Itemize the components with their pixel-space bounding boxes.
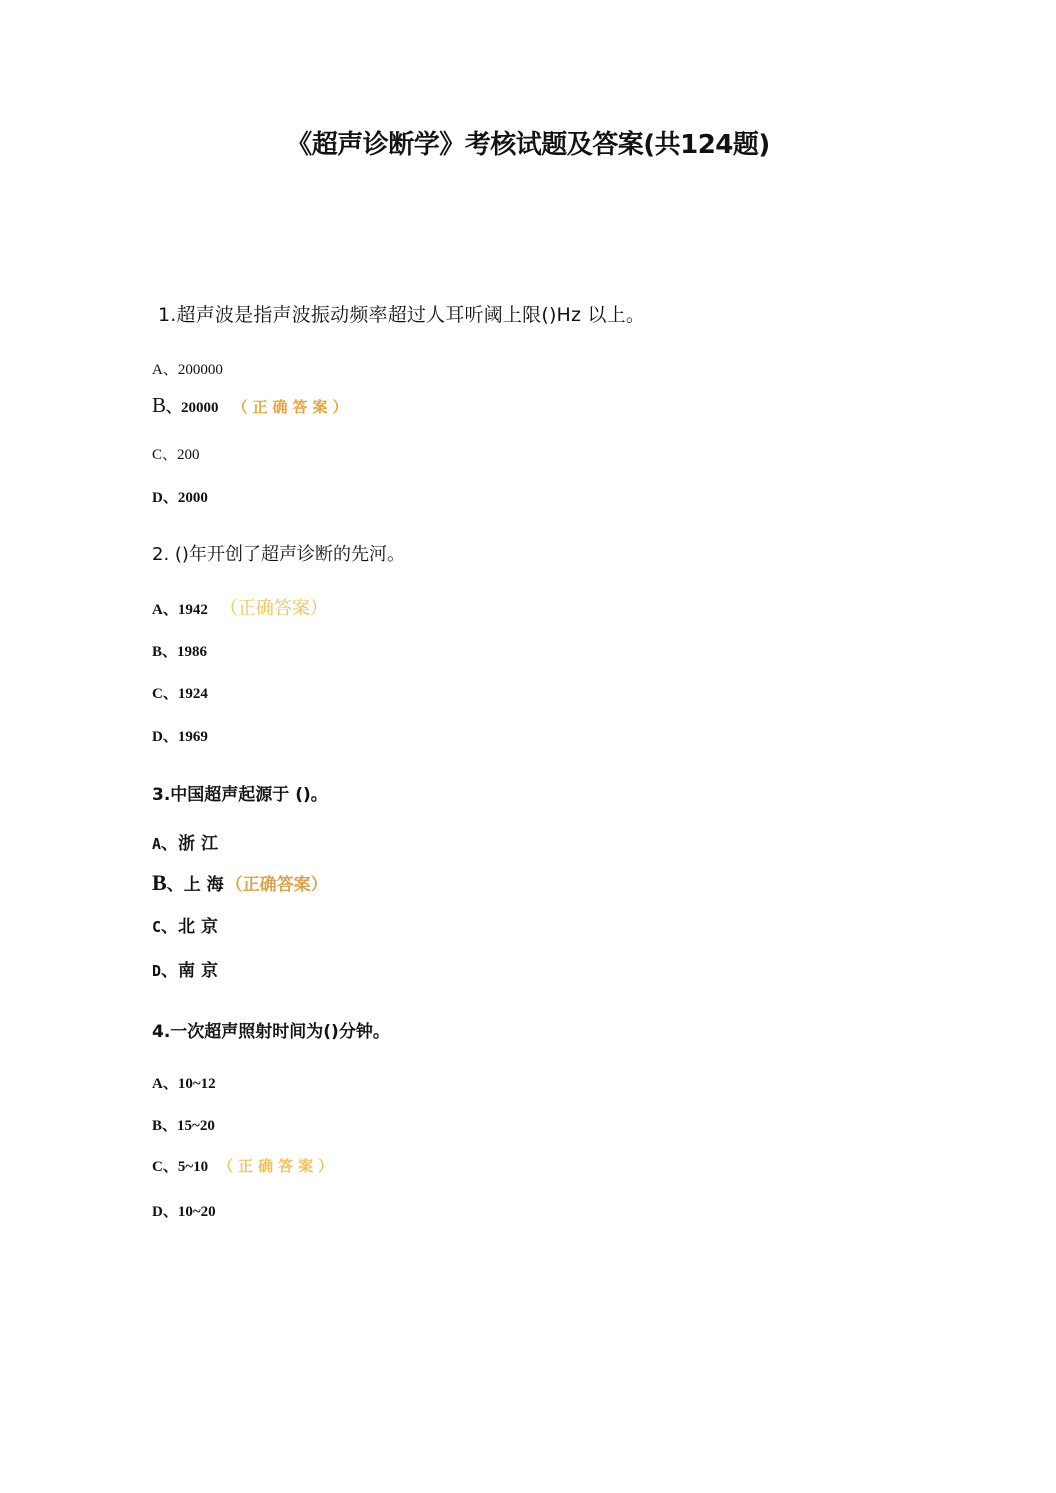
option-separator: 、 [163, 362, 178, 378]
option-letter: A [152, 362, 163, 378]
question-4-option-d: D、10~20 [152, 1200, 216, 1221]
option-letter: C [152, 918, 161, 936]
option-text: 北 京 [178, 917, 218, 937]
question-4-stem: 4.一次超声照射时间为()分钟。 [152, 1017, 390, 1042]
option-letter: B [152, 644, 162, 660]
option-text: 20000 [181, 400, 219, 416]
option-text: 2000 [178, 490, 208, 506]
option-letter: C [152, 447, 162, 463]
correct-answer-marker: （正确答案） [226, 875, 328, 895]
option-separator: 、 [163, 1159, 178, 1175]
question-1-option-b: B、20000（正确答案） [152, 393, 353, 418]
option-text: 200 [177, 447, 200, 463]
option-letter: C [152, 686, 163, 702]
correct-answer-marker: （正确答案） [220, 598, 328, 619]
option-separator: 、 [166, 400, 181, 416]
option-text: 1924 [178, 686, 208, 702]
option-letter: C [152, 1159, 163, 1175]
question-3-option-b: B、上 海（正确答案） [152, 870, 328, 896]
question-2-option-a: A、1942（正确答案） [152, 594, 328, 620]
option-text: 上 海 [184, 875, 224, 895]
question-3-option-a: A、浙 江 [152, 829, 218, 854]
option-letter: B [152, 393, 166, 417]
question-3-option-d: D、南 京 [152, 956, 218, 981]
option-separator: 、 [163, 602, 178, 618]
correct-answer-marker: （正确答案） [233, 398, 353, 416]
option-letter: B [152, 870, 167, 895]
question-1-stem: 1.超声波是指声波振动频率超过人耳听阈上限()Hz 以上。 [158, 300, 645, 327]
option-text: 15~20 [177, 1118, 215, 1134]
option-separator: 、 [162, 1118, 177, 1134]
option-separator: 、 [163, 729, 178, 745]
option-separator: 、 [167, 875, 184, 895]
option-text: 1969 [178, 729, 208, 745]
question-4-option-c: C、5~10（正确答案） [152, 1155, 338, 1176]
option-letter: D [152, 729, 163, 745]
option-letter: A [152, 835, 161, 853]
option-text: 10~20 [178, 1204, 216, 1220]
question-4-option-a: A、10~12 [152, 1072, 216, 1093]
option-letter: D [152, 962, 161, 980]
question-1-option-d: D、2000 [152, 486, 208, 507]
option-letter: D [152, 1204, 163, 1220]
option-letter: D [152, 490, 163, 506]
option-separator: 、 [163, 1076, 178, 1092]
question-3-stem: 3.中国超声起源于 ()。 [152, 780, 328, 805]
option-separator: 、 [161, 961, 178, 981]
option-letter: B [152, 1118, 162, 1134]
option-letter: A [152, 602, 163, 618]
option-text: 200000 [178, 362, 223, 378]
correct-answer-marker: （正确答案） [218, 1157, 338, 1175]
question-4-option-b: B、15~20 [152, 1114, 215, 1135]
option-letter: A [152, 1076, 163, 1092]
question-2-option-c: C、1924 [152, 682, 208, 703]
option-text: 10~12 [178, 1076, 216, 1092]
document-title: 《超声诊断学》考核试题及答案(共124题) [0, 124, 1056, 161]
question-3-option-c: C、北 京 [152, 912, 218, 937]
question-1-option-a: A、200000 [152, 358, 223, 379]
option-text: 1986 [177, 644, 207, 660]
option-separator: 、 [162, 644, 177, 660]
option-text: 南 京 [178, 961, 218, 981]
option-separator: 、 [161, 834, 178, 854]
question-2-option-d: D、1969 [152, 725, 208, 746]
option-text: 1942 [178, 602, 208, 618]
option-text: 浙 江 [178, 834, 218, 854]
option-separator: 、 [163, 686, 178, 702]
question-1-option-c: C、200 [152, 443, 200, 464]
option-separator: 、 [163, 1204, 178, 1220]
option-separator: 、 [161, 917, 178, 937]
question-2-option-b: B、1986 [152, 640, 207, 661]
option-separator: 、 [163, 490, 178, 506]
option-separator: 、 [162, 447, 177, 463]
question-2-stem: 2. ()年开创了超声诊断的先河。 [152, 540, 405, 566]
option-text: 5~10 [178, 1159, 208, 1175]
